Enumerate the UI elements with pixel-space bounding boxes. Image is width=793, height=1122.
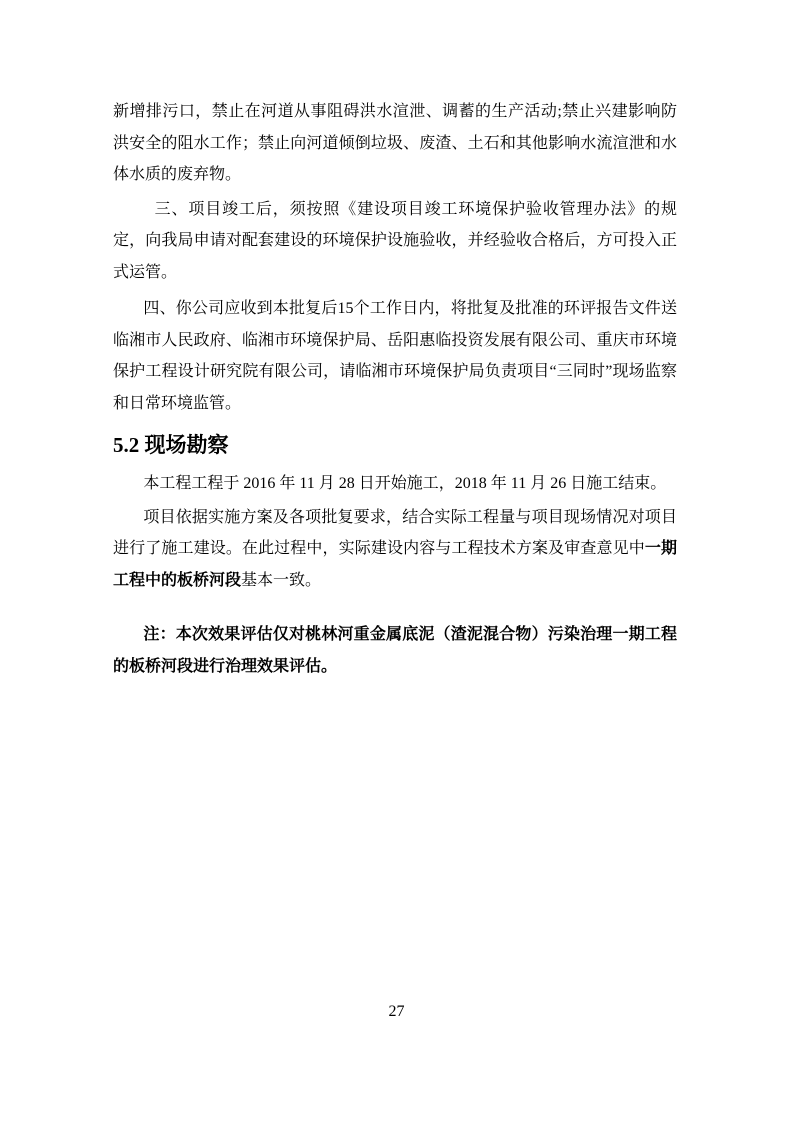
paragraph-construction-dates: 本工程工程于 2016 年 11 月 28 日开始施工，2018 年 11 月 … <box>113 468 677 500</box>
paragraph-text: 本工程工程于 2016 年 11 月 28 日开始施工，2018 年 11 月 … <box>143 475 666 492</box>
paragraph-river-prohibitions: 新增排污口，禁止在河道从事阻碍洪水渲泄、调蓄的生产活动;禁止兴建影响防洪安全的阻… <box>113 96 677 191</box>
page-number: 27 <box>0 1002 793 1022</box>
paragraph-item-four: 四、你公司应收到本批复后15个工作日内，将批复及批准的环评报告文件送临湘市人民政… <box>113 293 677 419</box>
paragraph-text: 新增排污口，禁止在河道从事阻碍洪水渲泄、调蓄的生产活动;禁止兴建影响防洪安全的阻… <box>113 103 677 183</box>
paragraph-item-three: 三、项目竣工后，须按照《建设项目竣工环境保护验收管理办法》的规定，向我局申请对配… <box>113 194 677 289</box>
paragraph-implementation: 项目依据实施方案及各项批复要求，结合实际工程量与项目现场情况对项目进行了施工建设… <box>113 502 677 597</box>
paragraph-text-regular: 项目依据实施方案及各项批复要求，结合实际工程量与项目现场情况对项目进行了施工建设… <box>113 509 677 558</box>
paragraph-text-regular: 基本一致。 <box>241 572 321 589</box>
page-content: 新增排污口，禁止在河道从事阻碍洪水渲泄、调蓄的生产活动;禁止兴建影响防洪安全的阻… <box>113 96 677 682</box>
document-page: 新增排污口，禁止在河道从事阻碍洪水渲泄、调蓄的生产活动;禁止兴建影响防洪安全的阻… <box>0 0 793 1122</box>
paragraph-text: 三、项目竣工后，须按照《建设项目竣工环境保护验收管理办法》的规定，向我局申请对配… <box>113 201 677 281</box>
paragraph-text: 四、你公司应收到本批复后15个工作日内，将批复及批准的环评报告文件送临湘市人民政… <box>113 300 677 412</box>
section-heading-5-2: 5.2 现场勘察 <box>113 431 677 460</box>
paragraph-note: 注：本次效果评估仅对桃林河重金属底泥（渣泥混合物）污染治理一期工程的板桥河段进行… <box>113 619 677 682</box>
note-text: 注：本次效果评估仅对桃林河重金属底泥（渣泥混合物）污染治理一期工程的板桥河段进行… <box>113 626 677 675</box>
